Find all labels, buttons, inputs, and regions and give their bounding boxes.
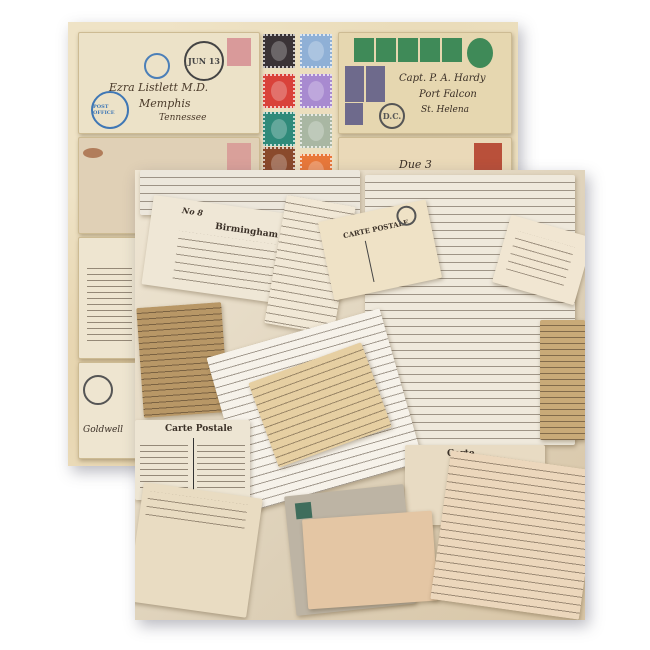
handwriting [87, 263, 132, 343]
postcard-cream-bottom [135, 482, 263, 618]
postmark-text-dc: D.C. [383, 111, 401, 121]
envelope-state-2: St. Helena [421, 105, 469, 115]
envelope-state: Tennessee [159, 113, 206, 123]
postmark-round: D.C. [379, 103, 405, 129]
stamp-portrait-dark [263, 34, 295, 68]
blank-tan-card [302, 511, 438, 610]
goldwell-text: Goldwell [83, 425, 123, 435]
postmark-date: JUN 13 [188, 56, 220, 66]
rust-stain [83, 148, 103, 158]
card-right-handwriting [506, 231, 575, 286]
postmark-blue-post-office: POST OFFICE [91, 91, 129, 129]
postcard-heading-2: Carte Postale [165, 424, 232, 434]
postmark-black: JUN 13 [184, 41, 224, 81]
postcard-divider [365, 241, 375, 282]
envelope-goldwell: Goldwell [78, 362, 140, 459]
stamp-grey-green [300, 114, 332, 148]
postmark-bottom [83, 375, 113, 405]
envelope-addressee: Ezra Listlett M.D. [109, 81, 208, 94]
envelope-addressee-2: Capt. P. A. Hardy [399, 73, 486, 84]
stamp-red-inverted-jenny [263, 74, 295, 108]
stamp-pink [227, 38, 251, 66]
postcard-divider-2 [193, 438, 194, 493]
embossed-green-stamp [467, 38, 493, 68]
stamp-pink-2 [227, 143, 251, 173]
stamp-violet-single [345, 103, 363, 125]
stamp-purple [300, 74, 332, 108]
stamp-row-green [354, 38, 464, 62]
envelope-memphis: JUN 13 POST OFFICE Ezra Listlett M.D. Me… [78, 32, 260, 134]
stamp-block-violet [345, 66, 385, 102]
postcard-handwritten [78, 237, 140, 359]
postcard-text-right [197, 440, 245, 492]
postmark-text: POST OFFICE [93, 104, 127, 116]
postmark-blue-small [144, 53, 170, 79]
stamp-red-portrait [474, 143, 502, 173]
letter-brown-right [540, 320, 585, 440]
postcard-cream-handwriting [145, 491, 248, 533]
envelope-city: Memphis [139, 97, 191, 110]
front-paper-sheet: No 8 Birmingham CARTE POSTALE Carte Post… [135, 170, 585, 620]
receipt-number: No 8 [181, 205, 203, 218]
stamp-blue [300, 34, 332, 68]
stamp-green-small [295, 502, 313, 520]
envelope-st-helena: D.C. Capt. P. A. Hardy Port Falcon St. H… [338, 32, 512, 134]
stamp-teal [263, 112, 295, 146]
letter-large-bottom-right [430, 450, 585, 619]
envelope-city-2: Port Falcon [419, 89, 477, 100]
